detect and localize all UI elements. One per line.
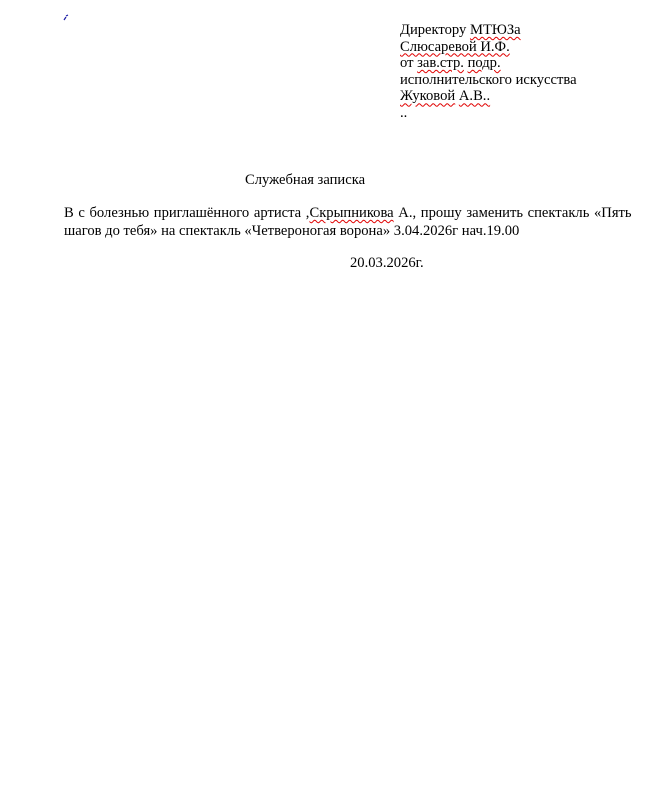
spellcheck-flag[interactable]: МТЮЗа xyxy=(470,22,521,38)
paragraph-mark-icon xyxy=(63,13,69,21)
document-page: Директору МТЮЗа Слюсаревой И.Ф. от зав.с… xyxy=(0,0,662,785)
memo-date: 20.03.2026г. xyxy=(350,255,424,272)
document-title: Служебная записка xyxy=(245,172,365,189)
spellcheck-flag[interactable]: зав.стр. xyxy=(417,55,464,71)
memo-body-line-2: шагов до тебя» на спектакль «Четверонога… xyxy=(64,222,624,240)
sender-line-from: от зав.стр. подр. xyxy=(400,55,577,72)
spellcheck-flag[interactable]: подр. xyxy=(468,55,501,71)
sender-line-department: исполнительского искусства xyxy=(400,72,577,89)
memo-body-line-1: В с болезнью приглашённого артиста ,Скры… xyxy=(64,204,624,222)
sender-line-name: Жуковой А.В.. xyxy=(400,88,577,105)
addressee-line-director: Директору МТЮЗа xyxy=(400,22,577,39)
addressee-block: Директору МТЮЗа Слюсаревой И.Ф. от зав.с… xyxy=(400,22,577,122)
spellcheck-flag[interactable]: Жуковой xyxy=(400,88,455,104)
spellcheck-flag[interactable]: А.В.. xyxy=(459,88,490,104)
addressee-line-name: Слюсаревой И.Ф. xyxy=(400,39,577,56)
spellcheck-flag[interactable]: Скрыпникова xyxy=(309,205,393,221)
addressee-trailing-dots: .. xyxy=(400,105,577,122)
spellcheck-flag[interactable]: Слюсаревой И.Ф. xyxy=(400,39,510,55)
memo-body: В с болезнью приглашённого артиста ,Скры… xyxy=(64,204,624,240)
